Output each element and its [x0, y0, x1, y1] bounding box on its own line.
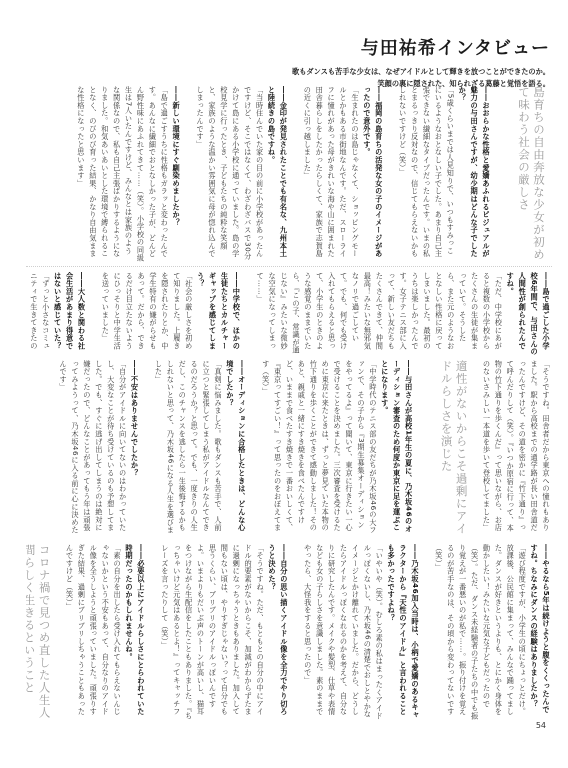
text-tier-4: ――やるなら5年は続けようと腹をくくったんですね。ちなみにダンスの経験はありまし… [26, 544, 552, 720]
interview-question: ――福岡の島育ちの活発な女の子のイメージがあったので意外です。 [361, 86, 385, 262]
interview-question: ――自分の思い描くアイドル像を全力でやり切ろうと決めた？ [266, 544, 290, 720]
interview-question: ――不安はありませんでしたか？ [129, 360, 141, 536]
text-tier-2: ――島で過ごした小学校6年間で、与田さんの人間性が創られたんですね。 「ただ、中… [26, 272, 552, 356]
interview-answer: 「そうですね。ただ、もともとの自分の中にアイドル的要素がないからこそ、加減がわか… [159, 544, 266, 720]
interview-question: ――中学校で、ほかの生徒たちとカルチャーギャップを感じてしまう？ [195, 272, 243, 356]
interview-answer: 「5歳くらいまでは人見知りで、いつもすみっこにいるようなおとなしい子でした。あま… [397, 86, 457, 262]
section-subheading: コロナ禍で見つめ直した人生人間らしく生きるということ [26, 544, 52, 720]
interview-question: ――島で過ごした小学校6年間で、与田さんの人間性が創られたんですね。 [504, 272, 552, 356]
interview-answer: 「遊び程度ですが、小学生の頃にちょっとだけ。放課後、公民館に集まって、みんなで踊… [433, 544, 528, 720]
article-header: 与田祐希インタビュー 歌もダンスも苦手な少女は、なぜアイドルとして輝きを放つこと… [292, 34, 550, 90]
interview-question: ――金印が発見されたことでも有名な、九州本土と陸続きの島ですね。 [266, 86, 290, 262]
text-tier-1: 島育ちの自由奔放な少女が初めて味わう社会の厳しさ ――おおらかな性格と愛嬌あふれ… [26, 86, 552, 262]
interview-answer: 「自分がアイドルに向いてないのはわかっていたし、大変なことが待ち受けているのも予… [57, 360, 128, 536]
interview-answer: 「ただ、中学校にあがると複数の小学校からたくさんの生徒が集まっていて。そうしたら… [254, 272, 504, 356]
interview-answer: 「当時住んでいた家の目の前に小学校があったんですけど、そこではなくて、わざわざバ… [194, 86, 265, 262]
interview-answer: 「いやいや（笑）。むしろ素の私はまったくアイドルっぽくないし、乃木坂46の清楚で… [302, 544, 385, 720]
interview-question: ――新しい環境にすぐ馴染めましたか？ [170, 86, 182, 262]
interview-question: ――おおらかな性格と愛嬌あふれるビジュアルが魅力の与田さんですが、幼少期はどんな… [456, 86, 492, 262]
article-title: 与田祐希インタビュー [292, 34, 550, 60]
interview-question: ――必要以上にアイドルらしさにとらわれていた時期だったのかもしれませんね。 [123, 544, 147, 720]
interview-question: ――大人数と関わる社会生活があまり得意ではないと感じていた？ [52, 272, 88, 356]
interview-answer: 「真剣に悩みました。歌もダンスも苦手で、人前に立つと緊張してしまう私がアイドルな… [153, 360, 224, 536]
interview-answer: 「中学時代のテニス部の友だちが乃木坂46の大ファンで、その子から『3期生募集オー… [260, 360, 379, 536]
interview-question: ――与田さんが高校1年生の夏に、乃木坂46のオーディション審査のため何度か東京に… [379, 360, 415, 536]
text-tier-3: 「そうですね。田舎者だから東京への憧れもありました。駅から高校までの通学路が長い… [26, 360, 552, 536]
interview-question: ――乃木坂46加入当時は、小柄で愛嬌のあるキャラクターから『天性のアイドル』と言… [385, 544, 421, 720]
interview-question: ――やるなら5年は続けようと腹をくくったんですね。ちなみにダンスの経験はありまし… [528, 544, 552, 720]
interview-answer: 「生まれたのは島じゃなくて、ショッピングモールとかもある市街地なんです。ただ、ス… [301, 86, 361, 262]
section-subheading: 島育ちの自由奔放な少女が初めて味わう社会の厳しさ [516, 86, 546, 262]
interview-answer: 「社会の厳しさを初めて知りました。上履きを隠されたりとか、中学生特有の嫌がらせも… [99, 272, 194, 356]
interview-question: ――オーディションに合格したときは、どんな心境でしたか？ [224, 360, 248, 536]
article-lead-line-1: 歌もダンスも苦手な少女は、なぜアイドルとして輝きを放つことができたのか。 [292, 66, 550, 78]
section-subheading: 適性がないからこそ過剰にアイドルらしさを演じた [439, 360, 469, 536]
interview-answer: 「島で過ごすうちに性格もガラッと変わったんです。あんなに繊細でおとなしかった子が… [75, 86, 170, 262]
tier-divider [26, 266, 552, 267]
interview-answer: 「素の自分を出したら受け入れてもらえないんじゃないかという不安もあって、自分なり… [64, 544, 124, 720]
interview-answer: 「そうですね。田舎者だから東京への憧れもありました。駅から高校までの通学路が長い… [481, 360, 552, 536]
interview-answer: 「ずっと小さなコミュニティで生きてきたので、自分には向いてないと思いました。それ… [26, 272, 52, 356]
page-number: 54 [536, 721, 546, 730]
